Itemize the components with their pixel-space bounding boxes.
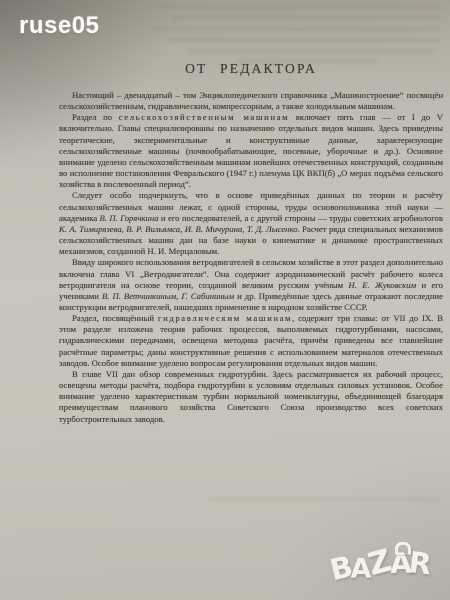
paragraph: Раздел по сельскохозяйственным машинам в…: [59, 112, 443, 190]
bazar-logo-letter: R: [407, 548, 433, 580]
paragraph: Настоящий – двенадцатый – том Энциклопед…: [59, 90, 443, 112]
body-text: Настоящий – двенадцатый – том Энциклопед…: [59, 90, 443, 425]
paragraph: В главе VII дан обзор современных гидрот…: [59, 369, 443, 425]
paragraph: Следует особо подчеркнуть, что в основе …: [59, 190, 443, 257]
bleed-through-line: [166, 38, 440, 42]
shopping-bag-handle-icon: [394, 542, 410, 555]
seller-watermark: ruse05: [19, 12, 99, 40]
book-page-photo: ОТ РЕДАКТОРА Настоящий – двенадцатый – т…: [0, 0, 450, 600]
bleed-through-line: [158, 5, 440, 9]
paragraph: Ввиду широкого использования ветродвигат…: [59, 257, 443, 313]
bazar-logo: BAZAR: [329, 544, 448, 600]
page-title: ОТ РЕДАКТОРА: [59, 61, 443, 77]
bleed-through-line: [172, 16, 440, 20]
paragraph: Раздел, посвящённый гидравлическим машин…: [59, 313, 443, 369]
bleed-through-line: [208, 497, 440, 501]
bleed-through-line: [152, 27, 440, 31]
bleed-through-line: [188, 49, 436, 53]
